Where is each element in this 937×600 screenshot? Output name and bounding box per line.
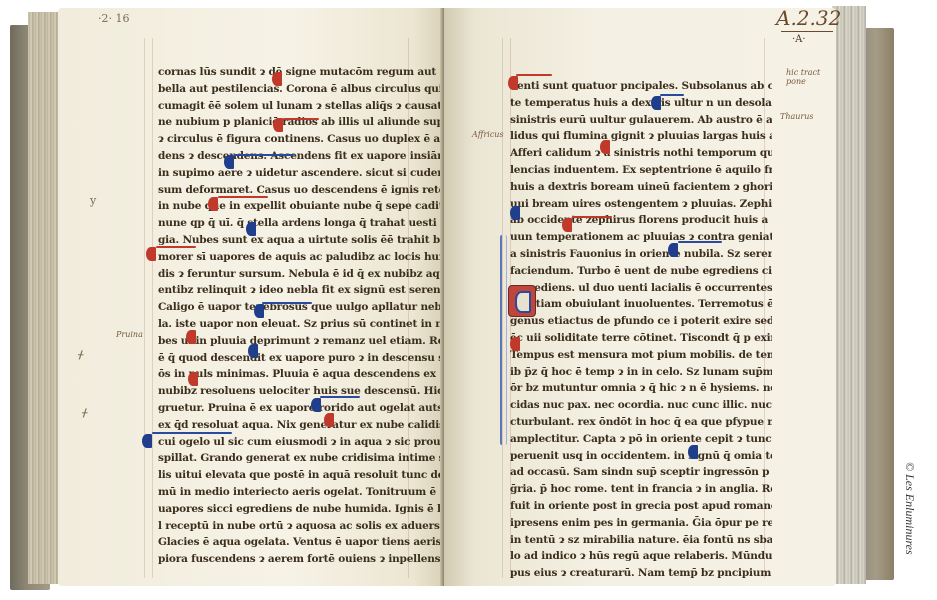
text-line: bella aut pestilencias. Corona ē albus c… — [158, 81, 458, 98]
blue-initial — [248, 344, 258, 358]
text-line: cumagit ēē solem ul lunam ɂ stellas aliq… — [158, 98, 458, 115]
decorative-vine-border — [500, 235, 507, 445]
blue-flourish — [320, 396, 360, 398]
text-line: ipresens enim pes in germania. Ḡia ōpur … — [510, 515, 772, 532]
margin-note-top: hic tract pone — [786, 68, 836, 86]
text-line: cornas lūs sundit ɂ dē signe mutacōm reg… — [158, 64, 458, 81]
text-line: ōs in puls minimas. Pluuia ē aqua descen… — [158, 366, 458, 383]
right-page-stack — [832, 6, 866, 584]
red-initial — [510, 337, 520, 351]
text-line: uit etiam obuiulant inuoluentes. Terremo… — [510, 296, 772, 313]
text-line: ōr bz mutuntur omnia ɂ q̄ hic ɂ n ē hysi… — [510, 380, 772, 397]
text-line: ex q̄d resoluat aqua. Nix generatur ex n… — [158, 417, 458, 434]
text-line: regrediens. ul duo uenti lacialis ē occu… — [510, 280, 772, 297]
folio-sub-mark: ·A· — [792, 34, 806, 45]
folio-underline — [781, 31, 833, 32]
blue-initial — [246, 222, 256, 236]
text-line: mū in medio interiecto aeris ogelat. Ton… — [158, 484, 458, 501]
margin-note-pruina: Pruina — [116, 330, 143, 339]
text-line: uapores sicci egrediens de nube humida. … — [158, 501, 458, 518]
blue-flourish — [262, 302, 312, 304]
text-line: cidas nuc pax. nec ocordia. nuc cunc ill… — [510, 397, 772, 414]
red-initial — [508, 76, 518, 90]
text-line: sinistris eurū uultur gulauerem. Ab aust… — [510, 112, 772, 129]
text-line: cturbulant. rex ōndōt in hoc q̄ ea que p… — [510, 414, 772, 431]
page-top-mark: ·2· 16 — [98, 12, 130, 25]
manuscript-photo: cornas lūs sundit ɂ dē signe mutacōm reg… — [0, 0, 937, 600]
text-line: ab occidente zephirus florens producit h… — [510, 212, 772, 229]
text-line: morer sī uapores de aquis ac paludibz ac… — [158, 249, 458, 266]
pen-mark: ᚋ — [78, 348, 83, 361]
red-initial — [324, 413, 334, 427]
blue-initial — [510, 206, 520, 220]
blue-flourish — [234, 154, 294, 156]
text-line: sum deformaret. Casus uo descendens ē ig… — [158, 182, 458, 199]
text-line: fuit in oriente post in grecia post apud… — [510, 498, 772, 515]
text-line: Venti sunt quatuor pncipales. Subsolanus… — [510, 78, 772, 95]
text-line: a sinistris Fauonius in oriente nubila. … — [510, 246, 772, 263]
red-initial — [273, 118, 283, 132]
ruling-line — [144, 38, 145, 578]
text-line: lis uitui elevata que postē in aquā reso… — [158, 467, 458, 484]
red-flourish — [156, 246, 196, 248]
text-line: ē q̄ quod descendit ex uapore puro ɂ in … — [158, 350, 458, 367]
blue-initial — [254, 304, 264, 318]
text-line: dens ɂ descendens. Ascendens fit ex uapo… — [158, 148, 458, 165]
blue-initial — [311, 398, 321, 412]
pen-mark: ᚋ — [82, 406, 87, 419]
text-line: cui ogelo ul sic cum eiusmodi ɂ in aqua … — [158, 434, 458, 451]
text-line: gruetur. Pruina ē ex uapore rorido aut o… — [158, 400, 458, 417]
text-line: in supimo aere ɂ uidetur ascendere. sicu… — [158, 165, 458, 182]
text-line: ḡria. p̄ hoc rome. tent in francia ɂ in … — [510, 481, 772, 498]
margin-note-affricus: Affricus — [472, 130, 504, 139]
text-line: huis a dextris boream uineū facientem ɂ … — [510, 179, 772, 196]
text-line: nubibz resoluens uelociter huis sue desc… — [158, 383, 458, 400]
text-line: pus eius ɂ creaturarū. Nam temp̄ bz pnci… — [510, 565, 772, 582]
text-line: lo ad indico ɂ hūs regū aque relaberis. … — [510, 548, 772, 565]
blue-initial — [688, 445, 698, 459]
text-line: ne nubium p planiciē radios ab illis ul … — [158, 114, 458, 131]
folio-number: A.2.32 — [776, 6, 841, 30]
text-line: ēc uii soliditate terre cōtinet. Tiscond… — [510, 330, 772, 347]
text-line: la. iste uapor non eleuat. Sz prius sū c… — [158, 316, 458, 333]
red-flourish — [218, 196, 268, 198]
blue-initial — [668, 243, 678, 257]
text-line: l receptū in nube ortū ɂ aquosa ac solis… — [158, 518, 458, 535]
text-line: peruenit usq in occidentem. in signū q̄ … — [510, 448, 772, 465]
red-initial — [562, 218, 572, 232]
blue-initial — [142, 434, 152, 448]
blue-initial — [651, 96, 661, 110]
left-text-column: cornas lūs sundit ɂ dē signe mutacōm reg… — [158, 64, 458, 568]
text-line: dis ɂ feruntur sursum. Nebula ē id q̄ ex… — [158, 266, 458, 283]
decorated-initial-T — [508, 285, 536, 317]
blue-flourish — [660, 94, 684, 96]
text-line: in tentū ɂ sz mirabilia nature. ēia font… — [510, 532, 772, 549]
left-page: cornas lūs sundit ɂ dē signe mutacōm reg… — [58, 8, 444, 586]
text-line: spillat. Grando generat ex nube cridisim… — [158, 450, 458, 467]
blue-flourish — [152, 432, 232, 434]
text-line: lencias induentem. Ex septentrione ē aqu… — [510, 162, 772, 179]
text-line: genus etiactus de pfundo ce i poterit ex… — [510, 313, 772, 330]
red-flourish — [516, 74, 552, 76]
pen-mark: y — [90, 194, 96, 207]
text-line: nune qp q̄ uī. q̄ stella ardens longa q̄… — [158, 215, 458, 232]
red-flourish — [283, 118, 319, 120]
text-line: ib p̄z q̄ hoc ē temp ɂ in in celo. Sz lu… — [510, 364, 772, 381]
red-initial — [208, 197, 218, 211]
text-line: entibz relinquit ɂ ideo nebla fit ex sig… — [158, 282, 458, 299]
text-line: uun temperationem ac pluuias ɂ contra ge… — [510, 229, 772, 246]
text-line: te temperatus huis a dextris ultur n un … — [510, 95, 772, 112]
blue-flourish — [678, 241, 722, 243]
red-initial — [146, 247, 156, 261]
text-line: faciendum. Turbo ē uent de nube egredien… — [510, 263, 772, 280]
text-line: ɂ circulus ē figura continens. Casus uo … — [158, 131, 458, 148]
text-line: Tempus est mensura mot pium mobilis. de … — [510, 347, 772, 364]
text-line: piora fuscendens ɂ aerem fortē ouiens ɂ … — [158, 551, 458, 568]
text-line: Afferi calidum ɂ a sinistris nothi tempo… — [510, 145, 772, 162]
initial-infill — [515, 291, 531, 313]
text-line: lidus qui flumina gignit ɂ pluuias larga… — [510, 128, 772, 145]
red-initial — [188, 372, 198, 386]
ruling-line — [152, 38, 153, 578]
text-line: ad occasū. Sam sindn sup̄ sceptir ingres… — [510, 464, 772, 481]
red-initial — [186, 330, 196, 344]
text-line: gia. Nubes sunt ex aqua a uirtute solis … — [158, 232, 458, 249]
copyright-notice: © Les Enluminures — [902, 462, 917, 555]
text-line: bes ul in pluuia deprimunt ɂ remanz uel … — [158, 333, 458, 350]
right-text-column: Venti sunt quatuor pncipales. Subsolanus… — [510, 78, 772, 582]
margin-note-thaurus: Thaurus — [780, 112, 814, 121]
text-line: amplectitur. Capta ɂ pō in oriente cepit… — [510, 431, 772, 448]
red-initial — [600, 140, 610, 154]
blue-initial — [224, 155, 234, 169]
red-initial — [272, 72, 282, 86]
red-flourish — [572, 216, 612, 218]
text-line: uui bream uires ostengentem ɂ pluuias. Z… — [510, 196, 772, 213]
text-line: Glacies ē aqua ogelata. Ventus ē uapor t… — [158, 534, 458, 551]
text-line: in nube que in expellit obuiante nube q̄… — [158, 198, 458, 215]
